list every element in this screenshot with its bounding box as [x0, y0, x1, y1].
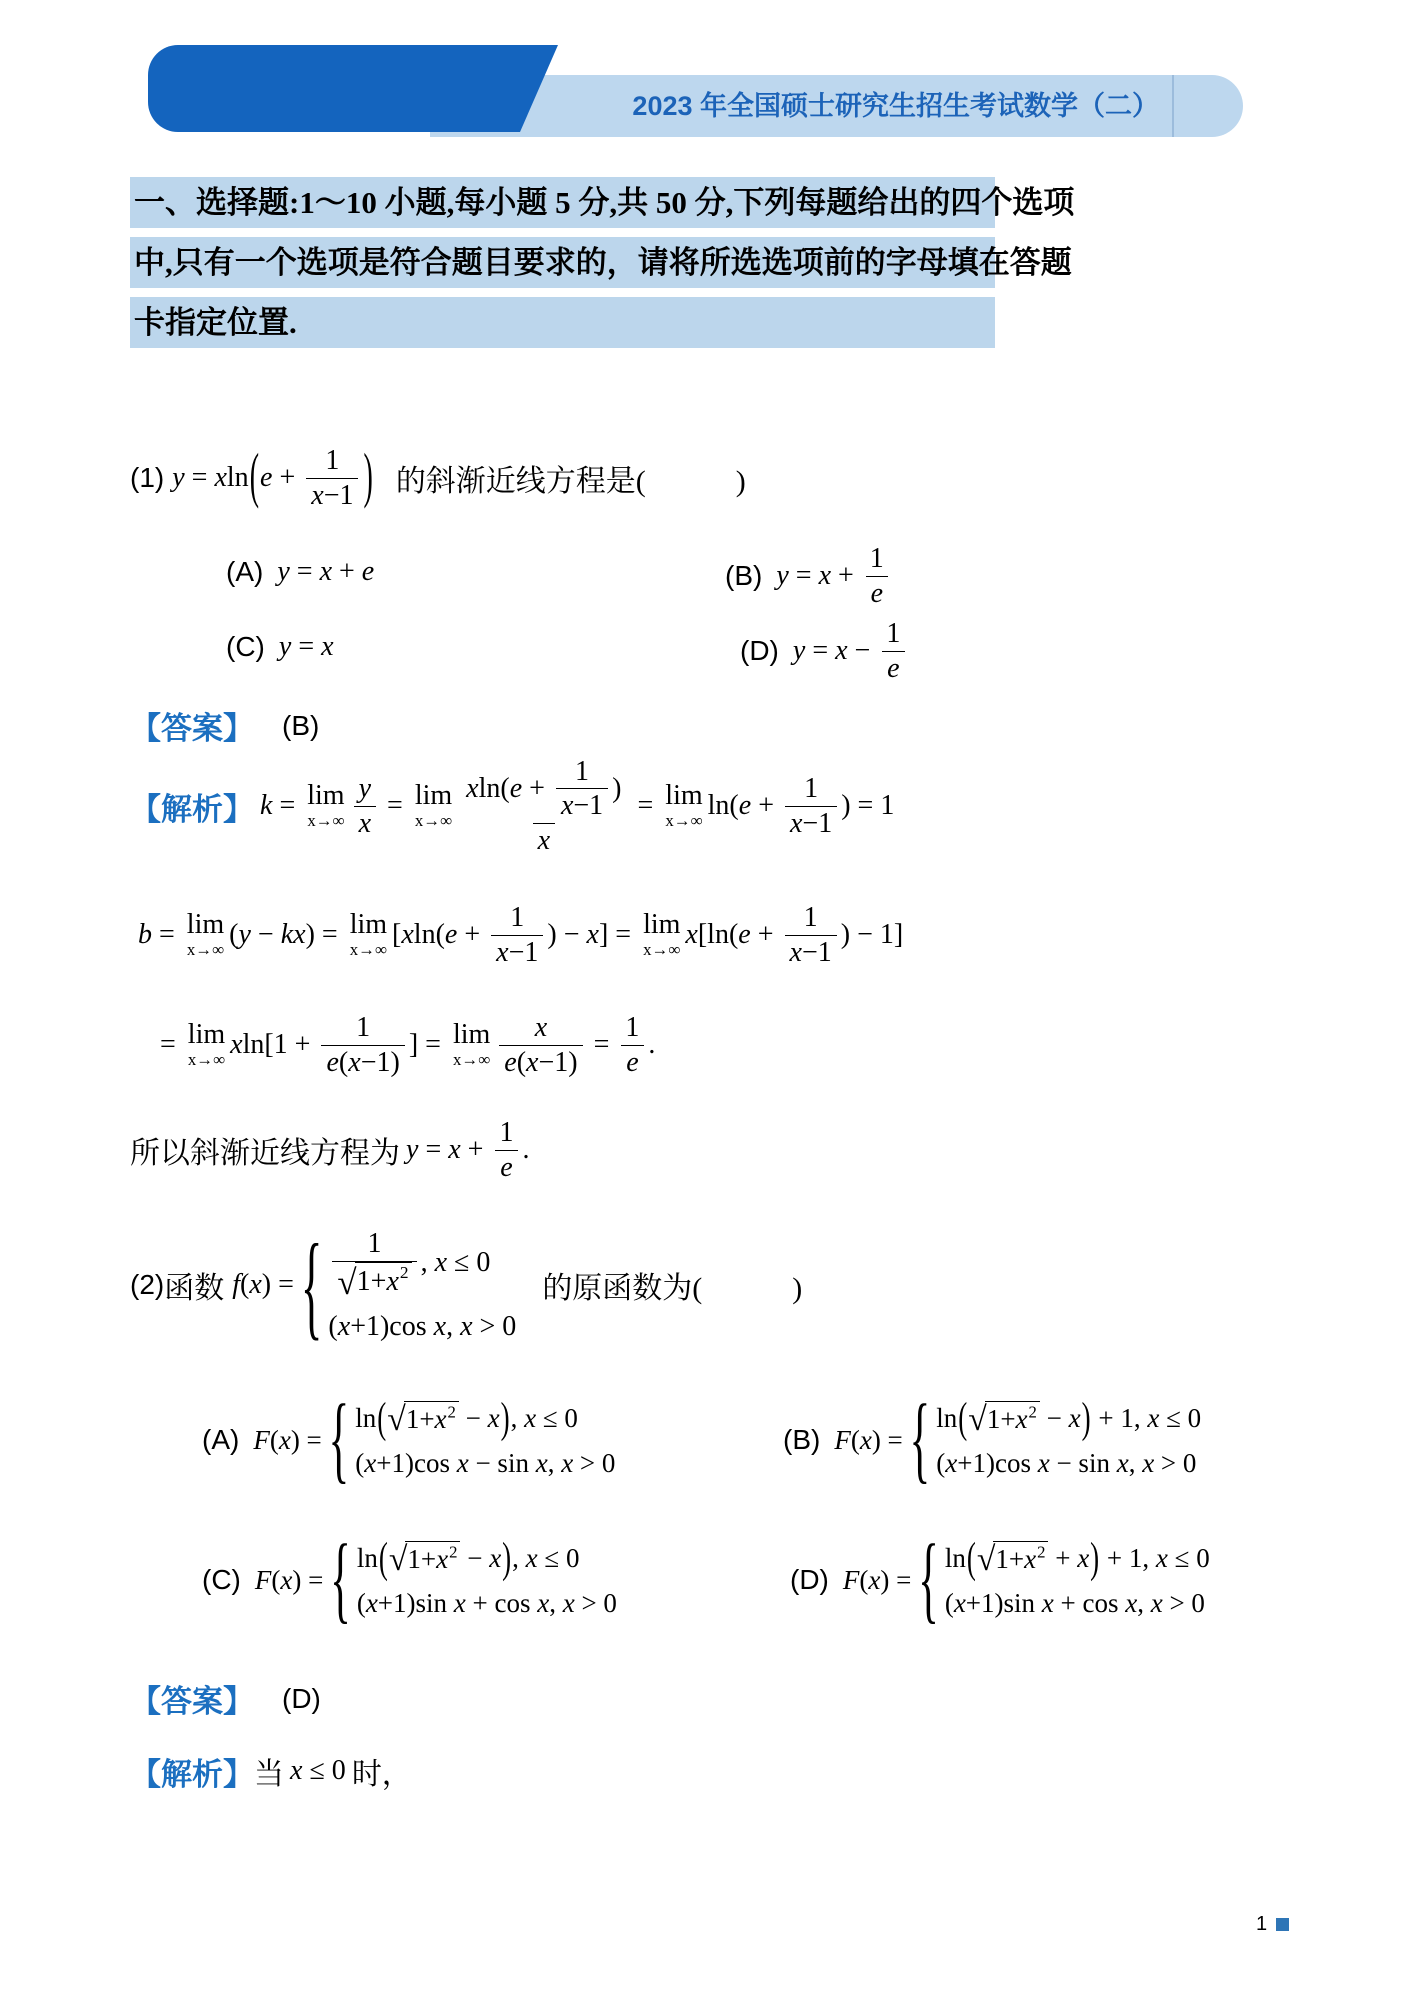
page-footer: 1	[1256, 1913, 1289, 1936]
instruction-line-3: 卡指定位置.	[130, 297, 995, 348]
q1-conclusion-row: 所以斜渐近线方程为 y = x + 1e.	[130, 1110, 529, 1190]
header-band-divider	[1172, 75, 1174, 137]
q2-analysis-text-2: 时，	[352, 1749, 412, 1793]
q2-option-c: (C) F(x) = {ln(√1+x2 − x), x ≤ 0(x+1)sin…	[202, 1518, 617, 1642]
instruction-line-2: 中,只有一个选项是符合题目要求的，请将所选选项前的字母填在答题	[130, 237, 995, 288]
q2-option-c-math: F(x) = {ln(√1+x2 − x), x ≤ 0(x+1)sin x +…	[255, 1541, 617, 1619]
q1-option-d: (D) y = x − 1e	[740, 613, 909, 689]
q2-option-a: (A) F(x) = {ln(√1+x2 − x), x ≤ 0(x+1)cos…	[202, 1378, 615, 1502]
instructions-block: 一、选择题:1～10 小题,每小题 5 分,共 50 分,下列每题给出的四个选项…	[130, 177, 995, 357]
q2-question-text: 的原函数为( )	[542, 1263, 802, 1307]
q2-option-d: (D) F(x) = {ln(√1+x2 + x) + 1, x ≤ 0(x+1…	[790, 1518, 1210, 1642]
instruction-line-1: 一、选择题:1～10 小题,每小题 5 分,共 50 分,下列每题给出的四个选项	[130, 177, 995, 228]
q2-option-b-math: F(x) = {ln(√1+x2 − x) + 1, x ≤ 0(x+1)cos…	[834, 1401, 1201, 1479]
q1-number: (1)	[130, 462, 164, 494]
q2-option-b-key: (B)	[783, 1424, 820, 1456]
q2-option-d-math: F(x) = {ln(√1+x2 + x) + 1, x ≤ 0(x+1)sin…	[843, 1541, 1210, 1619]
question-1: (1) y = xln(e + 1x−1) 的斜渐近线方程是( )	[130, 440, 746, 516]
q1-option-c-key: (C)	[226, 631, 265, 663]
q1-option-a-key: (A)	[226, 556, 263, 588]
q1-option-b: (B) y = x + 1e	[725, 538, 893, 614]
q1-analysis-line-b: b = limx→∞(y − kx) = limx→∞[xln(e + 1x−1…	[138, 901, 903, 968]
q1-analysis-line-c-row: = limx→∞xln[1 + 1e(x−1)] = limx→∞xe(x−1)…	[160, 1000, 655, 1090]
q1-analysis-line-c: = limx→∞xln[1 + 1e(x−1)] = limx→∞xe(x−1)…	[160, 1011, 655, 1078]
q1-answer-value: (B)	[282, 710, 319, 742]
q2-analysis-row: 【解析】 当 x ≤ 0 时，	[130, 1745, 412, 1797]
q1-option-a-math: y = x + e	[277, 556, 374, 588]
footer-square-icon	[1276, 1918, 1289, 1931]
q1-conclusion-math: y = x + 1e.	[406, 1116, 529, 1183]
q1-analysis-row: 【解析】 k = limx→∞yx = limx→∞xln(e + 1x−1)x…	[130, 748, 894, 864]
q2-option-a-math: F(x) = {ln(√1+x2 − x), x ≤ 0(x+1)cos x −…	[253, 1401, 615, 1479]
q1-option-a: (A) y = x + e	[226, 556, 374, 588]
q1-option-b-math: y = x + 1e	[776, 542, 892, 609]
q2-prefix: 函数	[164, 1263, 224, 1307]
page-title: 2023 年全国硕士研究生招生考试数学（二）	[632, 75, 1159, 137]
q2-formula: f(x) = {1√1+x2, x ≤ 0(x+1)cos x, x > 0	[232, 1227, 516, 1342]
exam-page: 2023 年全国硕士研究生招生考试数学（二） 一、选择题:1～10 小题,每小题…	[0, 0, 1411, 1995]
q1-question-text: 的斜渐近线方程是( )	[396, 456, 746, 500]
q1-analysis-line-k: k = limx→∞yx = limx→∞xln(e + 1x−1)x = li…	[260, 755, 894, 856]
q2-option-d-key: (D)	[790, 1564, 829, 1596]
q1-analysis-label: 【解析】	[130, 784, 254, 829]
q1-analysis-line-b-row: b = limx→∞(y − kx) = limx→∞[xln(e + 1x−1…	[138, 884, 903, 986]
q1-option-d-key: (D)	[740, 635, 779, 667]
q1-option-c-math: y = x	[279, 631, 334, 663]
q2-answer-label: 【答案】	[130, 1676, 254, 1721]
q1-option-b-key: (B)	[725, 560, 762, 592]
q1-option-c: (C) y = x	[226, 631, 334, 663]
q1-formula: y = xln(e + 1x−1)	[172, 444, 374, 511]
q2-analysis-label: 【解析】	[130, 1749, 254, 1794]
q2-analysis-math: x ≤ 0	[290, 1755, 346, 1787]
q2-number: (2)	[130, 1269, 164, 1301]
q2-option-a-key: (A)	[202, 1424, 239, 1456]
q2-answer-value: (D)	[282, 1683, 321, 1715]
q1-option-d-math: y = x − 1e	[793, 617, 909, 684]
q2-analysis-text-1: 当	[254, 1749, 284, 1793]
q2-option-c-key: (C)	[202, 1564, 241, 1596]
q2-answer-row: 【答案】 (D)	[130, 1676, 321, 1721]
q1-answer-label: 【答案】	[130, 703, 254, 748]
question-2: (2) 函数 f(x) = {1√1+x2, x ≤ 0(x+1)cos x, …	[130, 1205, 802, 1365]
q1-answer-row: 【答案】 (B)	[130, 703, 319, 748]
q1-conclusion-text: 所以斜渐近线方程为	[130, 1128, 400, 1172]
q2-option-b: (B) F(x) = {ln(√1+x2 − x) + 1, x ≤ 0(x+1…	[783, 1378, 1201, 1502]
header-ribbon-shape	[148, 45, 560, 132]
footer-page-number: 1	[1256, 1913, 1267, 1936]
